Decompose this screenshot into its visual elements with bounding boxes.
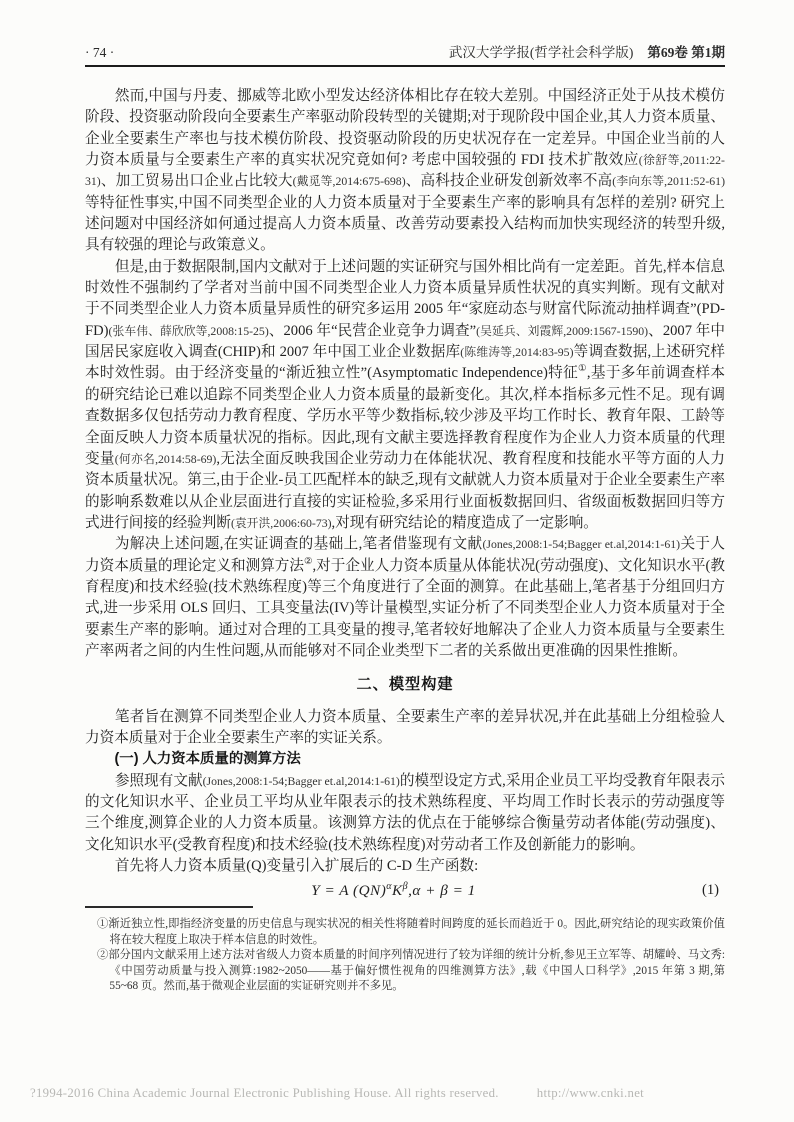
text-segment: 、2006 年“民营企业竞争力调查” (269, 323, 476, 339)
page-number: · 74 · (85, 45, 114, 61)
article-body: 然而,中国与丹麦、挪威等北欧小型发达经济体相比存在较大差别。中国经济正处于从技术… (85, 86, 725, 902)
journal-title: 武汉大学学报(哲学社会科学版) (449, 45, 634, 60)
text-segment: (陈维涛等,2014:83-95) (460, 345, 573, 359)
journal-info: 武汉大学学报(哲学社会科学版)第69卷 第1期 (449, 41, 725, 61)
text-segment: ,对现有研究结论的精度造成了一定影响。 (332, 515, 598, 531)
footnote-text: 渐近独立性,即指经济变量的历史信息与现实状况的相关性将随着时间跨度的延长而趋近于… (108, 918, 725, 946)
text-segment: (张车伟、薛欣欣等,2008:15-25) (109, 324, 269, 338)
paragraph: 参照现有文献(Jones,2008:1-54;Bagger et.al,2014… (85, 771, 725, 856)
equation-number: (1) (702, 880, 725, 901)
text-segment: 参照现有文献 (115, 773, 203, 789)
equation-body: Y = A (QN)αKβ,α + β = 1 (85, 880, 702, 901)
journal-page: · 74 · 武汉大学学报(哲学社会科学版)第69卷 第1期 然而,中国与丹麦、… (0, 0, 794, 1122)
journal-issue: 第69卷 第1期 (647, 45, 725, 60)
text-segment: 为解决上述问题,在实证调查的基础上,笔者借鉴现有文献 (115, 536, 483, 552)
equation-segment: ,α + β = 1 (408, 882, 476, 899)
equation-segment: Y = A (QN) (311, 882, 386, 899)
text-segment: ① (578, 365, 587, 375)
cnki-url: http://www.cnki.net (537, 1086, 644, 1100)
text-segment: 、加工贸易出口企业占比较大 (101, 173, 293, 189)
paragraph: 然而,中国与丹麦、挪威等北欧小型发达经济体相比存在较大差别。中国经济正处于从技术… (85, 86, 725, 257)
text-segment: 首先将人力资本质量(Q)变量引入扩展后的 C-D 生产函数: (115, 858, 478, 874)
footnote-area: ①渐近独立性,即指经济变量的历史信息与现实状况的相关性将随着时间跨度的延长而趋近… (85, 906, 725, 995)
paragraph: 笔者旨在测算不同类型企业人力资本质量、全要素生产率的差异状况,并在此基础上分组检… (85, 707, 725, 750)
page-header: · 74 · 武汉大学学报(哲学社会科学版)第69卷 第1期 (85, 41, 725, 61)
footnote: ①渐近独立性,即指经济变量的历史信息与现实状况的相关性将随着时间跨度的延长而趋近… (97, 917, 725, 948)
text-segment: (戴觅等,2014:675-698) (293, 174, 406, 188)
subsection-heading: (一) 人力资本质量的测算方法 (85, 749, 725, 770)
text-segment: (何亦名,2014:58-69) (115, 452, 217, 466)
text-segment: 然而,中国与丹麦、挪威等北欧小型发达经济体相比存在较大差别。中国经济正处于从技术… (85, 88, 725, 168)
footer-copyright: ?1994-2016 China Academic Journal Electr… (30, 1086, 770, 1101)
paragraph: 但是,由于数据限制,国内文献对于上述问题的实证研究与国外相比尚有一定差距。首先,… (85, 257, 725, 534)
text-segment: (Jones,2008:1-54;Bagger et.al,2014:1-61) (482, 537, 680, 551)
footnotes: ①渐近独立性,即指经济变量的历史信息与现实状况的相关性将随着时间跨度的延长而趋近… (85, 917, 725, 995)
copyright-text: ?1994-2016 China Academic Journal Electr… (30, 1086, 499, 1100)
text-segment: 笔者旨在测算不同类型企业人力资本质量、全要素生产率的差异状况,并在此基础上分组检… (85, 709, 725, 746)
paragraph: 为解决上述问题,在实证调查的基础上,笔者借鉴现有文献(Jones,2008:1-… (85, 534, 725, 662)
text-segment: (李向东等,2011:52-61) (612, 174, 725, 188)
footnote: ②部分国内文献采用上述方法对省级人力资本质量的时间序列情况进行了较为详细的统计分… (97, 948, 725, 995)
text-segment: ② (304, 557, 313, 567)
text-segment: 等特征性事实,中国不同类型企业的人力资本质量对于全要素生产率的影响具有怎样的差别… (85, 195, 725, 254)
text-segment: (吴延兵、刘霞辉,2009:1567-1590) (476, 324, 648, 338)
footnote-marker: ① (97, 918, 108, 930)
footnote-marker: ② (97, 949, 108, 961)
equation-row: Y = A (QN)αKβ,α + β = 1(1) (85, 880, 725, 901)
footnote-text: 部分国内文献采用上述方法对省级人力资本质量的时间序列情况进行了较为详细的统计分析… (108, 949, 725, 992)
text-segment: (袁开洪,2006:60-73) (231, 516, 332, 530)
equation-segment: K (392, 882, 403, 899)
paragraph: 首先将人力资本质量(Q)变量引入扩展后的 C-D 生产函数: (85, 856, 725, 877)
text-segment: 、高科技企业研发创新效率不高 (406, 173, 613, 189)
section-heading: 二、模型构建 (85, 674, 725, 695)
text-segment: (Jones,2008:1-54;Bagger et.al,2014:1-61) (203, 774, 400, 788)
header-rule (85, 65, 725, 67)
footnote-separator (85, 906, 253, 908)
